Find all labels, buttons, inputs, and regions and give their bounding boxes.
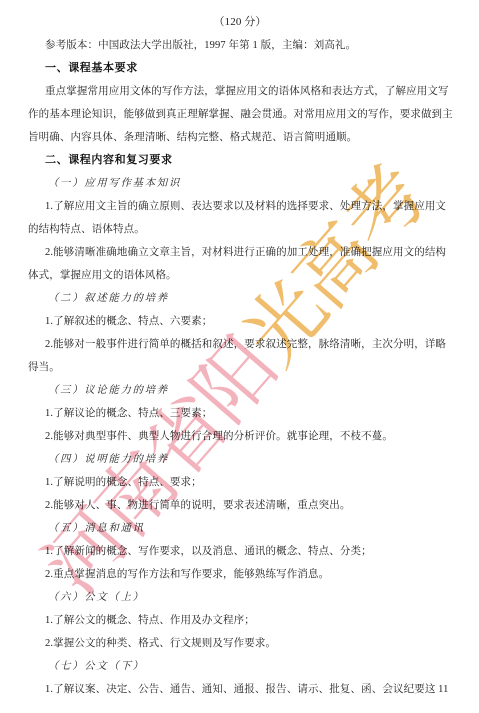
section-1-heading: 一、课程基本要求 bbox=[28, 57, 452, 80]
document-page: （120 分）参考版本：中国政法大学出版社，1997 年第 1 版，主编：刘高礼… bbox=[0, 0, 479, 713]
document-body: （120 分）参考版本：中国政法大学出版社，1997 年第 1 版，主编：刘高礼… bbox=[28, 11, 452, 701]
subsection-1-item-1-line-1: 1.了解应用文主旨的确立原则、表达要求以及材料的选择要求、处理方法，掌握应用文 bbox=[28, 195, 452, 218]
reference-line: 参考版本：中国政法大学出版社，1997 年第 1 版，主编：刘高礼。 bbox=[28, 34, 452, 57]
subsection-2-item-2-line-2: 得当。 bbox=[28, 356, 452, 379]
subsection-6-heading: （六）公文（上） bbox=[28, 586, 452, 609]
subsection-7-item-1: 1.了解议案、决定、公告、通告、通知、通报、报告、请示、批复、函、会议纪要这 1… bbox=[28, 678, 452, 701]
subsection-5-heading: （五）消息和通讯 bbox=[28, 517, 452, 540]
subsection-7-heading: （七）公文（下） bbox=[28, 655, 452, 678]
section-2-heading: 二、课程内容和复习要求 bbox=[28, 149, 452, 172]
subsection-2-heading: （二）叙述能力的培养 bbox=[28, 287, 452, 310]
subsection-1-item-1-line-2: 的结构特点、语体特点。 bbox=[28, 218, 452, 241]
subsection-6-item-1: 1.了解公文的概念、特点、作用及办文程序； bbox=[28, 609, 452, 632]
subsection-1-heading: （一）应用写作基本知识 bbox=[28, 172, 452, 195]
subsection-6-item-2: 2.掌握公文的种类、格式、行文规则及写作要求。 bbox=[28, 632, 452, 655]
section-1-paragraph-line-3: 旨明确、内容具体、条理清晰、结构完整、格式规范、语言简明通顺。 bbox=[28, 126, 452, 149]
subsection-5-item-1: 1.了解新闻的概念、写作要求，以及消息、通讯的概念、特点、分类； bbox=[28, 540, 452, 563]
subsection-1-item-2-line-1: 2.能够清晰准确地确立文章主旨，对材料进行正确的加工处理，准确把握应用文的结构 bbox=[28, 241, 452, 264]
subsection-4-item-2: 2.能够对人、事、物进行简单的说明，要求表述清晰，重点突出。 bbox=[28, 494, 452, 517]
section-1-paragraph-line-1: 重点掌握常用应用文体的写作方法，掌握应用文的语体风格和表达方式，了解应用文写 bbox=[28, 80, 452, 103]
subsection-2-item-2-line-1: 2.能够对一般事件进行简单的概括和叙述，要求叙述完整，脉络清晰，主次分明，详略 bbox=[28, 333, 452, 356]
subsection-4-item-1: 1.了解说明的概念、特点、要求； bbox=[28, 471, 452, 494]
subsection-5-item-2: 2.重点掌握消息的写作方法和写作要求，能够熟练写作消息。 bbox=[28, 563, 452, 586]
subsection-3-item-1: 1.了解议论的概念、特点、三要素； bbox=[28, 402, 452, 425]
subsection-3-heading: （三）议论能力的培养 bbox=[28, 379, 452, 402]
subsection-3-item-2: 2.能够对典型事件、典型人物进行合理的分析评价。就事论理，不枝不蔓。 bbox=[28, 425, 452, 448]
subsection-1-item-2-line-2: 体式，掌握应用文的语体风格。 bbox=[28, 264, 452, 287]
section-1-paragraph-line-2: 作的基本理论知识，能够做到真正理解掌握、融会贯通。对常用应用文的写作，要求做到主 bbox=[28, 103, 452, 126]
subsection-4-heading: （四）说明能力的培养 bbox=[28, 448, 452, 471]
subsection-2-item-1: 1.了解叙述的概念、特点、六要素； bbox=[28, 310, 452, 333]
score-line: （120 分） bbox=[28, 11, 452, 34]
